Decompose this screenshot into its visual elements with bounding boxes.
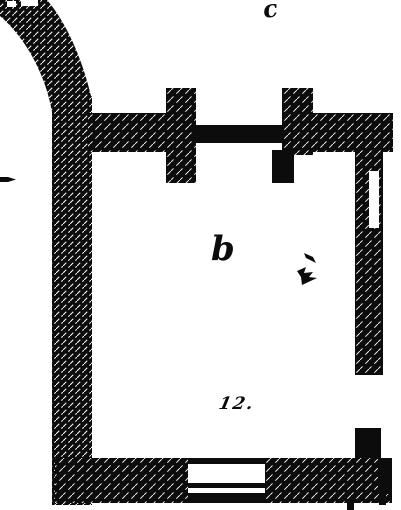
top-wall-pillar-left [166, 88, 196, 183]
bottom-wall-small-tab [347, 500, 354, 510]
northwest-diagonal-wall [0, 0, 91, 112]
bottom-wall-right-foot [379, 490, 386, 505]
tick-mark-icon [0, 177, 16, 182]
label-12: 12. [217, 396, 256, 413]
bottom-wall-left-segment [55, 458, 190, 503]
top-wall-left-segment [88, 113, 173, 152]
bottom-wall-right-end [378, 458, 392, 494]
threshold-upper-band [188, 464, 265, 483]
left-wall [52, 96, 92, 505]
right-door-pillar [355, 428, 381, 462]
north-arrow-icon [297, 253, 317, 285]
threshold-mid-line [188, 483, 265, 488]
threshold-lower-band [188, 488, 265, 493]
label-c: c [261, 0, 279, 22]
threshold-top-edge [188, 458, 265, 464]
floor-plan-drawing [0, 0, 401, 510]
top-wall-thin-segment [194, 125, 284, 143]
threshold-bottom-edge [188, 493, 265, 503]
top-wall-right-segment [310, 113, 393, 152]
top-wall-pillar-right-stub [272, 150, 294, 183]
top-notch-left [7, 1, 16, 7]
bottom-wall-right-segment [263, 458, 392, 503]
right-wall-window-slot [369, 171, 379, 228]
floor-plan-page: c b 12. [0, 0, 401, 510]
top-notch-right [21, 0, 38, 6]
top-wall-pillar-right [282, 88, 313, 155]
label-b: b [211, 232, 235, 266]
